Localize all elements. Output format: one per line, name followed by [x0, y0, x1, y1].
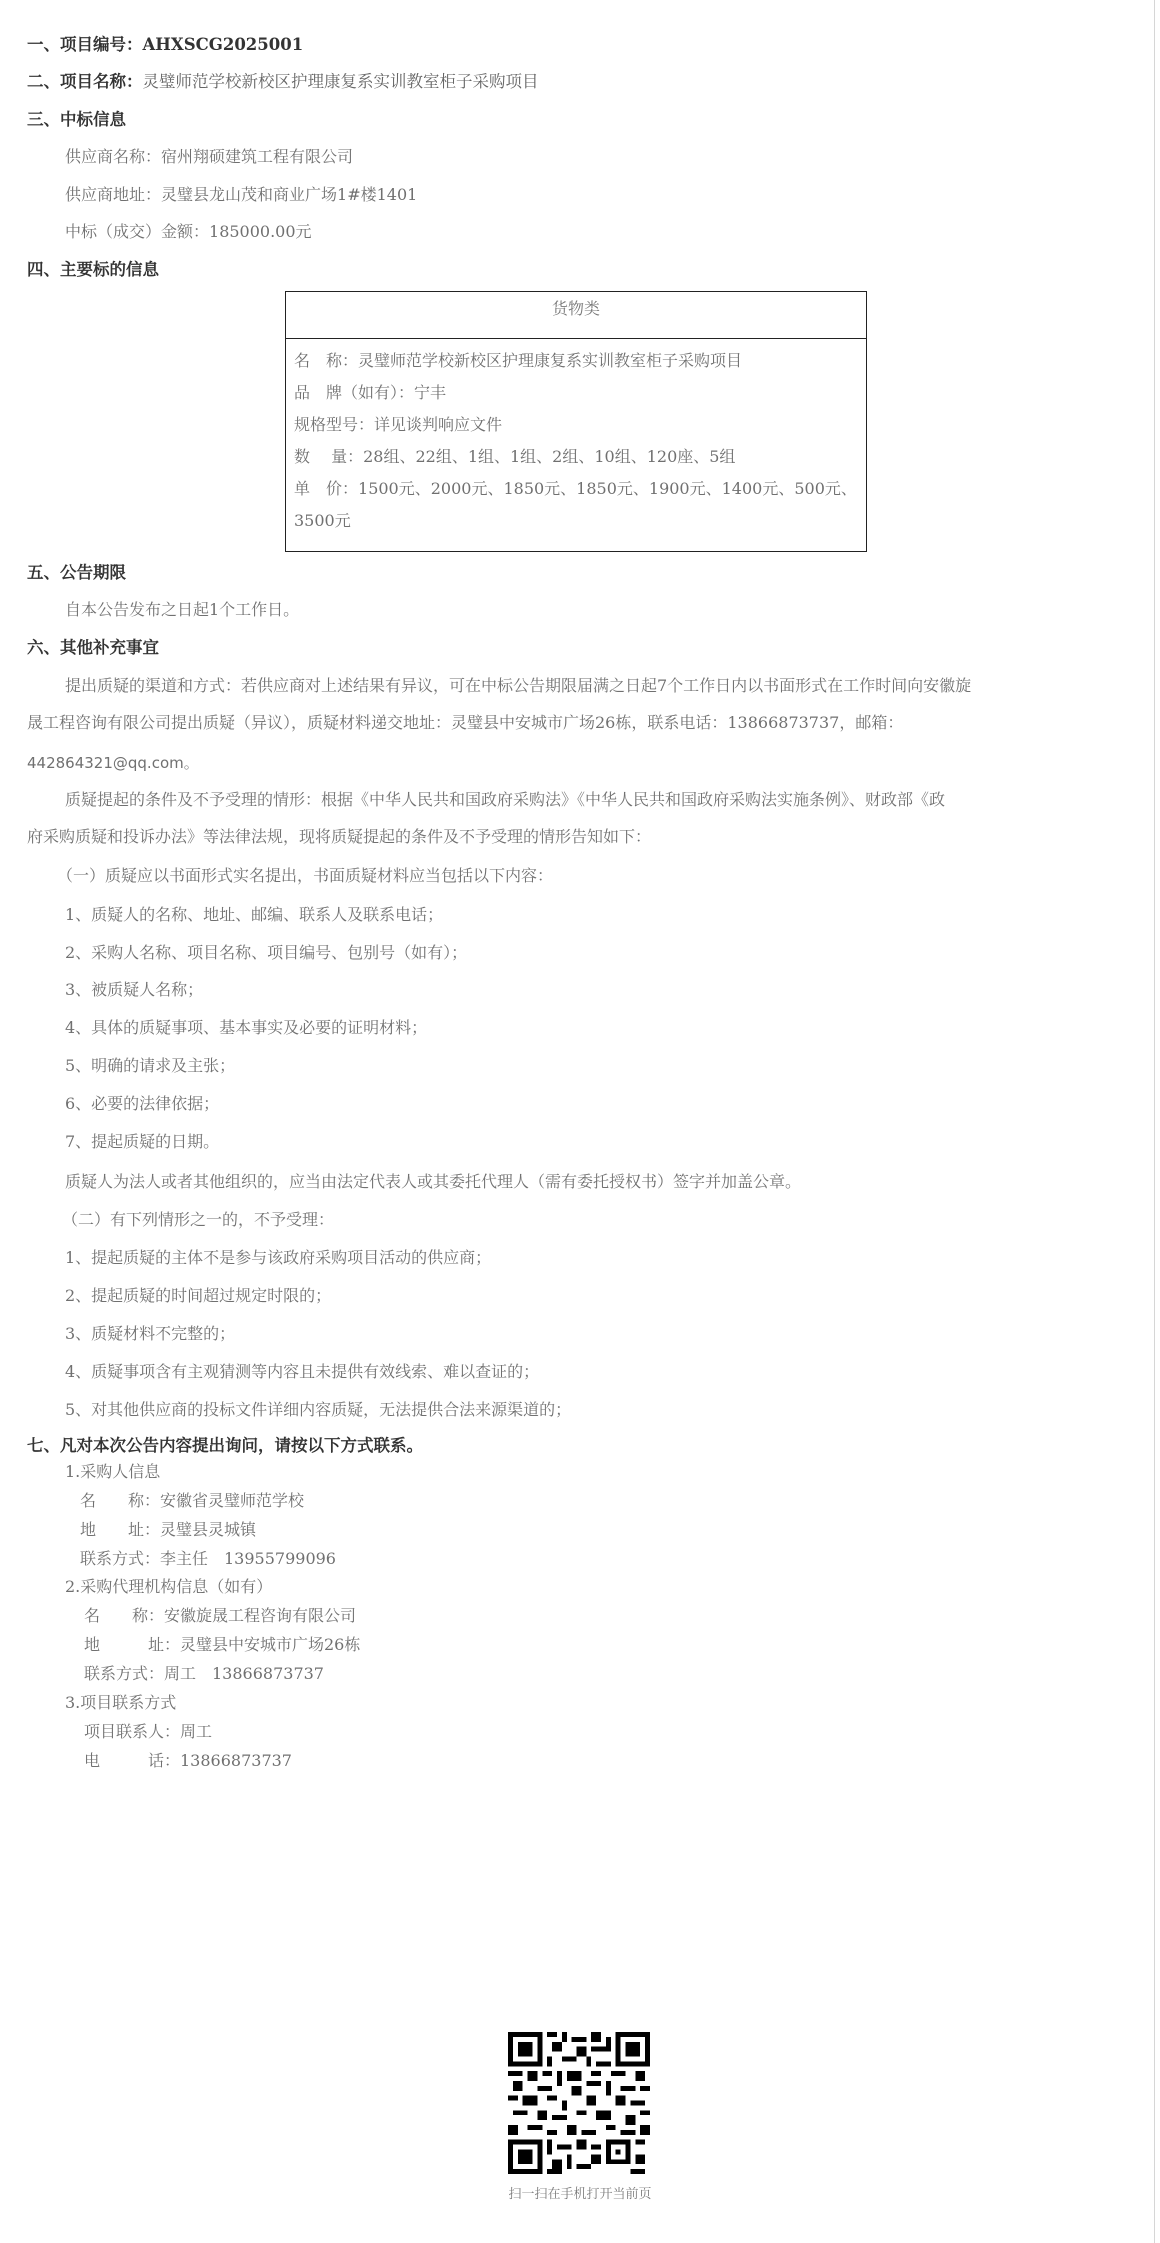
sub1-item: 2、采购人名称、项目名称、项目编号、包别号（如有）； [65, 943, 467, 963]
goods-name-row: 名 称：灵璧师范学校新校区护理康复系实训教室柜子采购项目 [294, 345, 858, 377]
project-name-value: 灵璧师范学校新校区护理康复系实训教室柜子采购项目 [143, 72, 539, 91]
sub2-item: 1、提起质疑的主体不是参与该政府采购项目活动的供应商； [65, 1248, 491, 1268]
challenge-channel-line-1: 提出质疑的渠道和方式：若供应商对上述结果有异议，可在中标公告期限届满之日起7个工… [65, 676, 971, 696]
sub1-item: 3、被质疑人名称； [65, 980, 203, 1000]
goods-price-value: 1500元、2000元、1850元、1850元、1900元、1400元、500元… [294, 479, 857, 530]
supplier-address-line: 供应商地址：灵璧县龙山茂和商业广场1#楼1401 [65, 185, 417, 205]
project-number-value: AHXSCG2025001 [143, 35, 304, 54]
agency-address: 地 址：灵璧县中安城市广场26栋 [84, 1635, 360, 1655]
goods-price-label: 单 价： [294, 479, 358, 498]
supplier-name-label: 供应商名称： [65, 147, 161, 166]
qr-caption: 扫一扫在手机打开当前页 [440, 2183, 720, 2202]
supplier-name-value: 宿州翔硕建筑工程有限公司 [161, 147, 353, 166]
sub1-note: 质疑人为法人或者其他组织的，应当由法定代表人或其委托代理人（需有委托授权书）签字… [65, 1172, 801, 1192]
goods-table-header: 货物类 [286, 292, 866, 339]
main-subject-heading: 四、主要标的信息 [27, 260, 159, 280]
sub1-item: 1、质疑人的名称、地址、邮编、联系人及联系电话； [65, 905, 443, 925]
award-amount-value: 185000.00元 [209, 222, 312, 241]
award-amount-line: 中标（成交）金额：185000.00元 [65, 222, 312, 242]
other-matters-heading: 六、其他补充事宜 [27, 638, 159, 658]
project-name-label: 二、项目名称： [27, 72, 143, 91]
sub1-heading: （一）质疑应以书面形式实名提出，书面质疑材料应当包括以下内容： [57, 866, 553, 886]
agency-name: 名 称：安徽旋晟工程咨询有限公司 [84, 1606, 356, 1626]
goods-brand-value: 宁丰 [414, 383, 446, 402]
purchaser-address: 地 址：灵璧县灵城镇 [80, 1520, 256, 1540]
goods-table-body: 名 称：灵璧师范学校新校区护理康复系实训教室柜子采购项目 品 牌（如有）：宁丰 … [286, 339, 866, 537]
goods-name-value: 灵璧师范学校新校区护理康复系实训教室柜子采购项目 [358, 351, 742, 370]
sub2-item: 4、质疑事项含有主观猜测等内容且未提供有效线索、难以查证的； [65, 1362, 539, 1382]
challenge-conditions-line-2: 府采购质疑和投诉办法》等法律法规，现将质疑提起的条件及不予受理的情形告知如下： [27, 827, 651, 847]
project-number-label: 一、项目编号： [27, 35, 143, 54]
page-right-border [1154, 0, 1155, 2243]
notice-period-text: 自本公告发布之日起1个工作日。 [65, 600, 299, 620]
project-contact-phone: 电 话：13866873737 [84, 1751, 292, 1771]
qr-code-icon [506, 2032, 652, 2174]
challenge-conditions-line-1: 质疑提起的条件及不予受理的情形：根据《中华人民共和国政府采购法》《中华人民共和国… [65, 790, 945, 810]
notice-period-heading: 五、公告期限 [27, 563, 126, 583]
supplier-address-value: 灵璧县龙山茂和商业广场1#楼1401 [161, 185, 417, 204]
contact-heading: 七、凡对本次公告内容提出询问，请按以下方式联系。 [27, 1436, 423, 1456]
project-number-line: 一、项目编号：AHXSCG2025001 [27, 35, 303, 55]
goods-spec-label: 规格型号： [294, 415, 374, 434]
goods-spec-value: 详见谈判响应文件 [374, 415, 502, 434]
agency-contact: 联系方式：周工 13866873737 [84, 1664, 324, 1684]
sub2-heading: （二）有下列情形之一的，不予受理： [62, 1210, 334, 1230]
sub2-item: 5、对其他供应商的投标文件详细内容质疑，无法提供合法来源渠道的； [65, 1400, 571, 1420]
goods-price-row: 单 价：1500元、2000元、1850元、1850元、1900元、1400元、… [294, 473, 858, 537]
project-name-line: 二、项目名称：灵璧师范学校新校区护理康复系实训教室柜子采购项目 [27, 72, 539, 92]
project-contact-person: 项目联系人：周工 [84, 1722, 212, 1742]
goods-spec-row: 规格型号：详见谈判响应文件 [294, 409, 858, 441]
goods-qty-value: 28组、22组、1组、1组、2组、10组、120座、5组 [363, 447, 735, 466]
supplier-address-label: 供应商地址： [65, 185, 161, 204]
sub1-item: 7、提起质疑的日期。 [65, 1132, 219, 1152]
sub2-item: 2、提起质疑的时间超过规定时限的； [65, 1286, 331, 1306]
sub1-item: 6、必要的法律依据； [65, 1094, 219, 1114]
sub2-item: 3、质疑材料不完整的； [65, 1324, 235, 1344]
agency-title: 2.采购代理机构信息（如有） [65, 1577, 272, 1597]
supplier-name-line: 供应商名称：宿州翔硕建筑工程有限公司 [65, 147, 353, 167]
challenge-email-line: 442864321@qq.com。 [27, 753, 199, 773]
goods-qty-label: 数 量： [294, 447, 363, 466]
goods-qty-row: 数 量：28组、22组、1组、1组、2组、10组、120座、5组 [294, 441, 858, 473]
purchaser-name: 名 称：安徽省灵璧师范学校 [80, 1491, 304, 1511]
sub1-item: 5、明确的请求及主张； [65, 1056, 235, 1076]
project-contact-title: 3.项目联系方式 [65, 1693, 176, 1713]
purchaser-title: 1.采购人信息 [65, 1462, 160, 1482]
goods-brand-label: 品 牌（如有）： [294, 383, 414, 402]
award-amount-label: 中标（成交）金额： [65, 222, 209, 241]
sub1-item: 4、具体的质疑事项、基本事实及必要的证明材料； [65, 1018, 427, 1038]
purchaser-contact: 联系方式：李主任 13955799096 [80, 1549, 336, 1569]
challenge-channel-line-2: 晟工程咨询有限公司提出质疑（异议），质疑材料递交地址：灵璧县中安城市广场26栋，… [27, 713, 903, 733]
goods-brand-row: 品 牌（如有）：宁丰 [294, 377, 858, 409]
award-info-heading: 三、中标信息 [27, 110, 126, 130]
goods-table: 货物类 名 称：灵璧师范学校新校区护理康复系实训教室柜子采购项目 品 牌（如有）… [285, 291, 867, 552]
goods-name-label: 名 称： [294, 351, 358, 370]
